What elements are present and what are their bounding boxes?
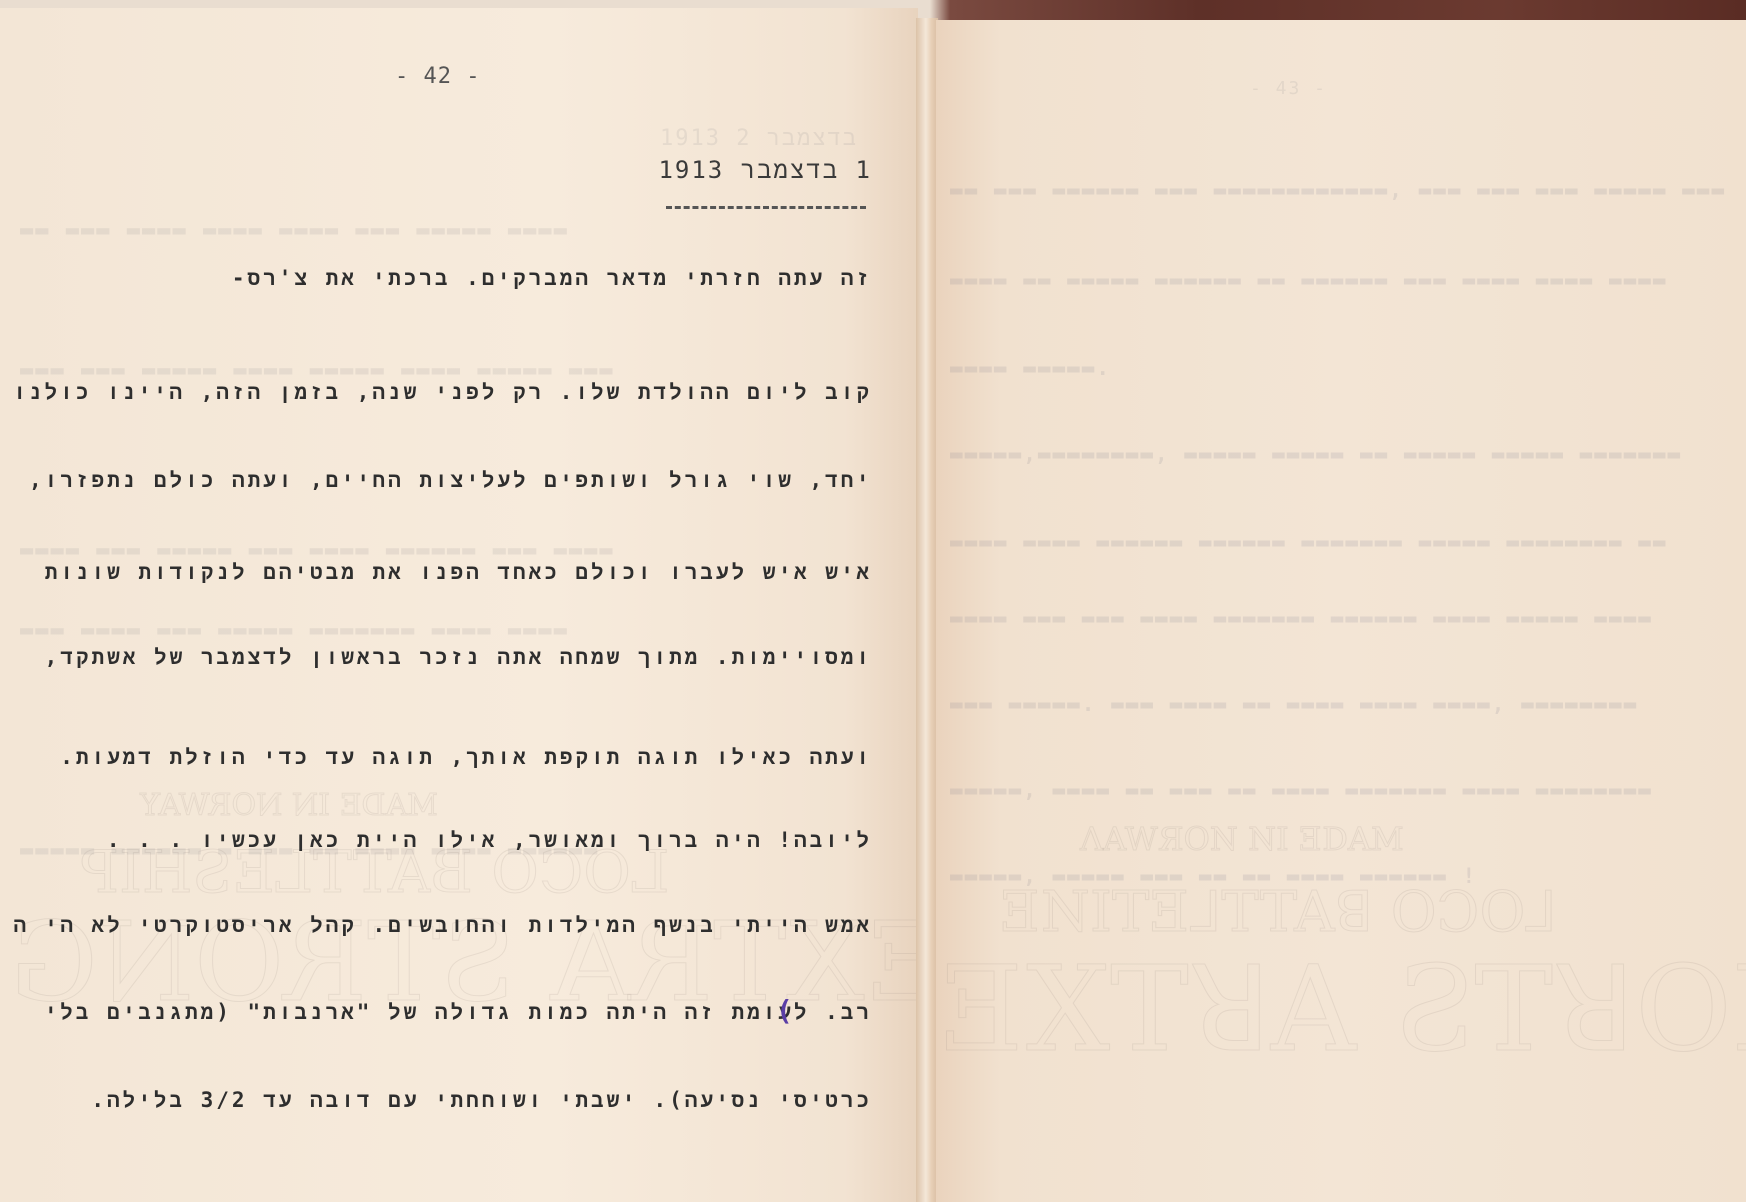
bleed-through-text: ▬▬ ▬▬▬ ▬▬▬▬▬▬ ▬▬▬ ▬▬▬▬▬▬▬▬▬▬▬▬, ▬▬▬ ▬▬▬ … xyxy=(950,178,1726,202)
bleed-through-text: ▬▬▬▬ ▬▬ ▬▬▬▬▬ ▬▬▬▬▬▬ ▬▬ ▬▬▬▬▬▬ ▬▬▬ ▬▬▬▬ … xyxy=(950,268,1668,292)
page-number: - 42 - xyxy=(395,64,480,89)
bleed-through-text: ▬▬ ▬▬▬ ▬▬▬▬ ▬▬▬▬ ▬▬▬▬ ▬▬▬ ▬▬▬▬▬ ▬▬▬▬ xyxy=(20,218,569,243)
text-line: זה עתה חזרתי מדאר המברקים. ברכתי את צ'רס… xyxy=(232,266,872,292)
watermark: MADE IN NORWAY xyxy=(140,788,438,823)
text-line: כרטיסי נסיעה). ישבתי ושוחחתי עם דובה עד … xyxy=(91,1088,872,1114)
bleed-through-text: ▬▬▬▬ ▬▬▬▬▬. xyxy=(950,356,1111,380)
bleed-through-text: 1913 בדצמבר 2 xyxy=(660,126,858,152)
text-line: יחד, שוי גורל ושותפים לעליצות החיים, ועת… xyxy=(29,468,872,494)
watermark-mirrored: ƎXTꓤA ƧTꓤONG xyxy=(940,940,1746,1078)
watermark-mirrored: ƎNITƎ⅃TTAꓭ OƆO⅃ xyxy=(1000,880,1557,945)
handwritten-ink-mark: ( xyxy=(776,994,793,1027)
date-heading: 1 בדצמבר 1913 xyxy=(560,156,872,186)
bleed-through-text: ▬▬▬▬▬, ▬▬▬▬ ▬▬ ▬▬▬ ▬▬ ▬▬▬▬ ▬▬▬▬▬▬▬ ▬▬▬▬ … xyxy=(950,778,1653,802)
date-heading-text: 1 בדצמבר 1913 xyxy=(658,156,872,184)
bleed-through-text: ▬▬▬ ▬▬▬▬▬. ▬▬▬ ▬▬▬▬ ▬▬ ▬▬▬▬ ▬▬▬▬ ▬▬▬▬, ▬… xyxy=(950,692,1638,716)
heading-underline xyxy=(666,206,866,209)
left-page: 1913 בדצמבר 2 ▬▬ ▬▬▬ ▬▬▬▬ ▬▬▬▬ ▬▬▬▬ ▬▬▬ … xyxy=(0,8,918,1202)
bleed-through-text: ▬▬▬▬▬,▬▬▬▬▬▬▬▬, ▬▬▬▬▬ ▬▬▬▬▬ ▬▬ ▬▬▬▬▬ ▬▬▬… xyxy=(950,442,1682,466)
book-gutter xyxy=(916,18,938,1202)
bleed-through-page-number: - 43 - xyxy=(1250,78,1327,99)
text-line: קוב ליום ההולדת שלו. רק לפני שנה, בזמן ה… xyxy=(13,380,872,406)
text-line: ומסויימות. מתוך שמחה אתה נזכר בראשון לדצ… xyxy=(45,645,872,671)
text-line: רב. לעומת זה היתה כמות גדולה של "ארנבות"… xyxy=(45,1000,872,1026)
bleed-through-text: ▬▬▬▬ ▬▬▬ ▬▬▬ ▬▬▬▬ ▬▬▬▬▬▬▬ ▬▬▬▬▬▬ ▬▬▬▬ ▬▬… xyxy=(950,606,1653,630)
text-line: ליובה! היה ברוך ומאושר, אילו היית כאן עכ… xyxy=(107,828,872,854)
text-line: אמש הייתי בנשף המילדות והחובשים. קהל ארי… xyxy=(13,913,872,939)
watermark-mirrored: ΛAWЯON NI ƎDAM xyxy=(1080,820,1404,858)
bleed-through-text: ▬▬▬ ▬▬▬▬ ▬▬▬ ▬▬▬▬▬ ▬▬▬▬▬▬▬ ▬▬▬▬ ▬▬▬▬ xyxy=(20,618,569,643)
text-line: איש איש לעברו וכולם כאחד הפנו את מבטיהם … xyxy=(45,560,872,586)
text-line: ועתה כאילו תוגה תוקפת אותך, תוגה עד כדי … xyxy=(60,745,872,771)
bleed-through-text: ▬▬▬▬ ▬▬▬▬ ▬▬▬▬▬▬ ▬▬▬▬▬▬ ▬▬▬▬▬▬▬ ▬▬▬▬▬ ▬▬… xyxy=(950,530,1668,554)
